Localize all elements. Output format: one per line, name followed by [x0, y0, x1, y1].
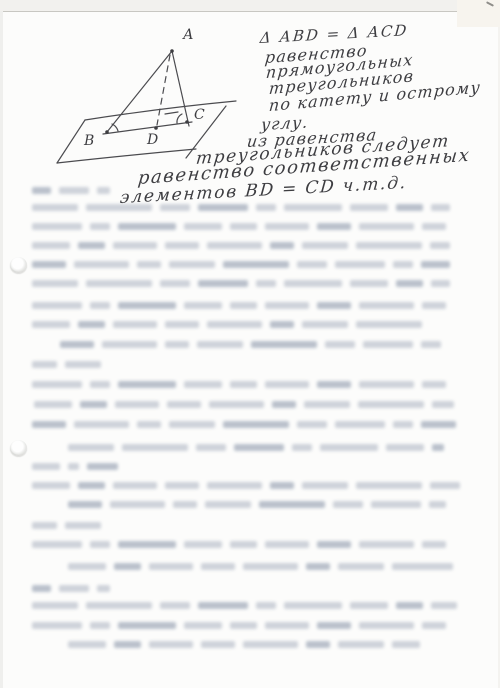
- scanned-page: А В D С Δ АВD = Δ АСD равенство прямоуго…: [0, 0, 500, 688]
- handwritten-notes: Δ АВD = Δ АСD равенство прямоугольных тр…: [0, 0, 500, 688]
